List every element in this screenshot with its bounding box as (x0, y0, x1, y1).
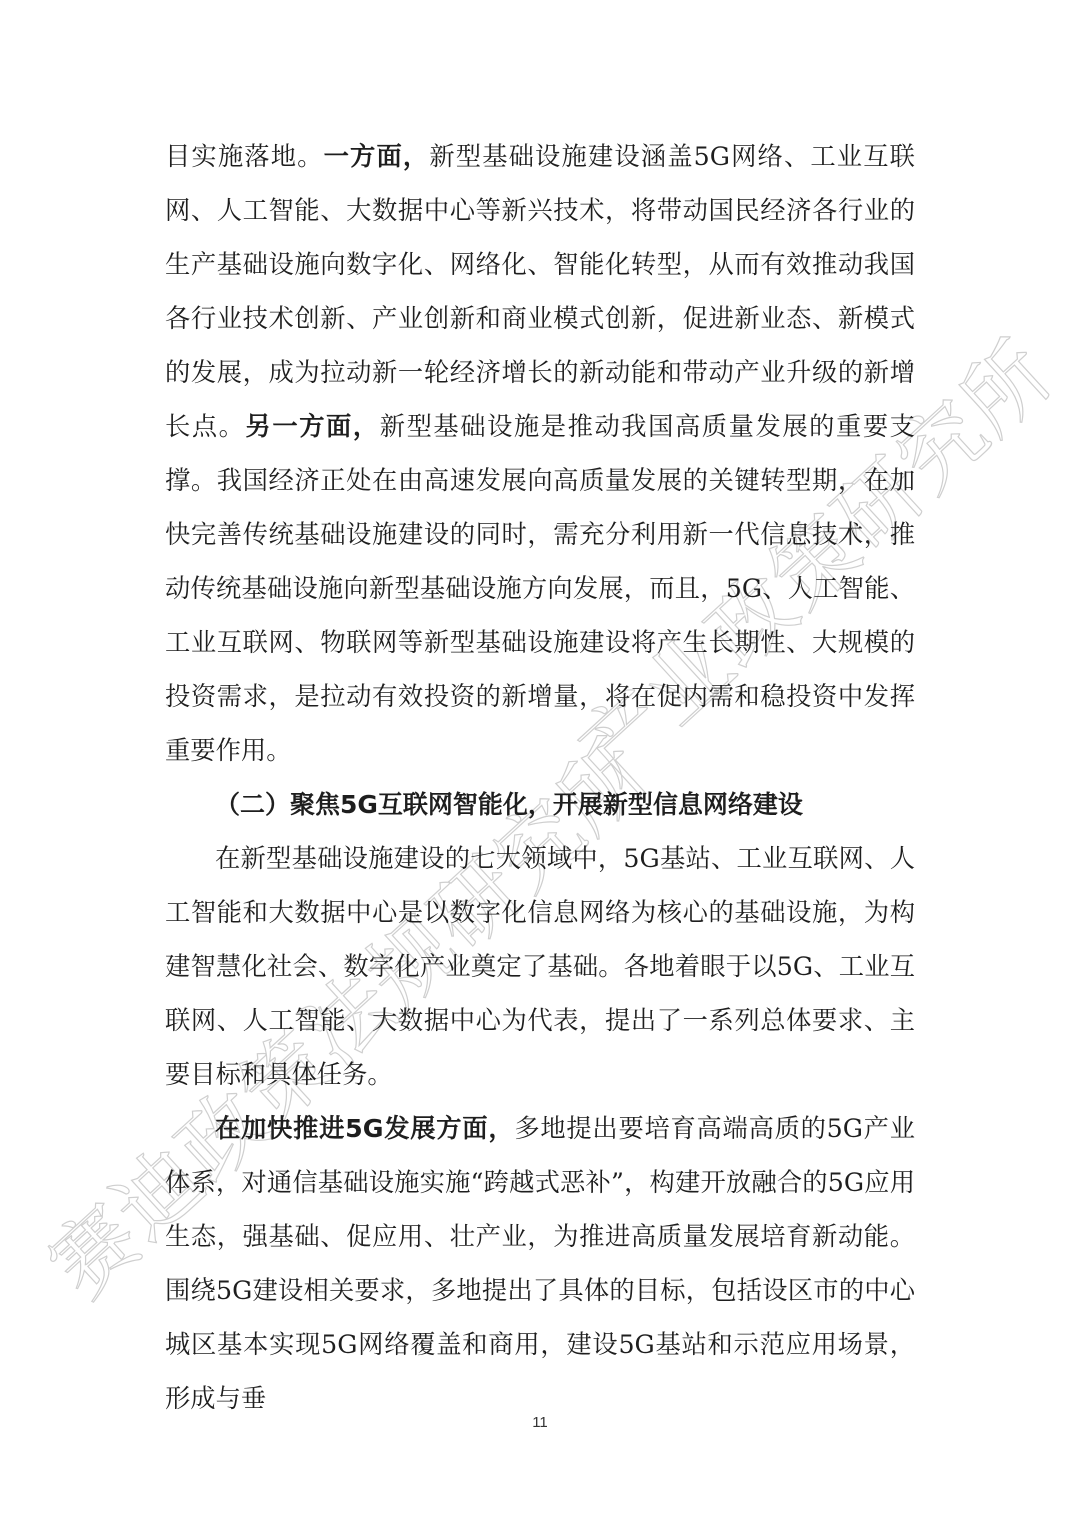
document-body: 目实施落地。一方面，新型基础设施建设涵盖5G网络、工业互联网、人工智能、大数据中… (165, 130, 915, 1426)
paragraph-text: 新型基础设施是推动我国高质量发展的重要支撑。我国经济正处在由高速发展向高质量发展… (165, 412, 915, 765)
bold-phrase-one-hand: 一方面， (324, 142, 430, 171)
paragraph: 在加快推进5G发展方面，多地提出要培育高端高质的5G产业体系，对通信基础设施实施… (165, 1102, 915, 1426)
paragraph-lead-text: 目实施落地。 (165, 142, 324, 171)
paragraph-text: 多地提出要培育高端高质的5G产业体系，对通信基础设施实施“跨越式恶补”，构建开放… (165, 1114, 915, 1413)
bold-phrase-other-hand: 另一方面， (246, 412, 380, 441)
bold-phrase-5g: 在加快推进5G发展方面， (215, 1114, 514, 1143)
paragraph-continuation: 目实施落地。一方面，新型基础设施建设涵盖5G网络、工业互联网、人工智能、大数据中… (165, 130, 915, 778)
paragraph: 在新型基础设施建设的七大领域中，5G基站、工业互联网、人工智能和大数据中心是以数… (165, 832, 915, 1102)
section-heading: （二）聚焦5G互联网智能化，开展新型信息网络建设 (165, 778, 915, 832)
document-page: 赛迪政策法规研究所 产业政策研究所 目实施落地。一方面，新型基础设施建设涵盖5G… (0, 0, 1080, 1527)
paragraph-text: 新型基础设施建设涵盖5G网络、工业互联网、人工智能、大数据中心等新兴技术，将带动… (165, 142, 915, 441)
